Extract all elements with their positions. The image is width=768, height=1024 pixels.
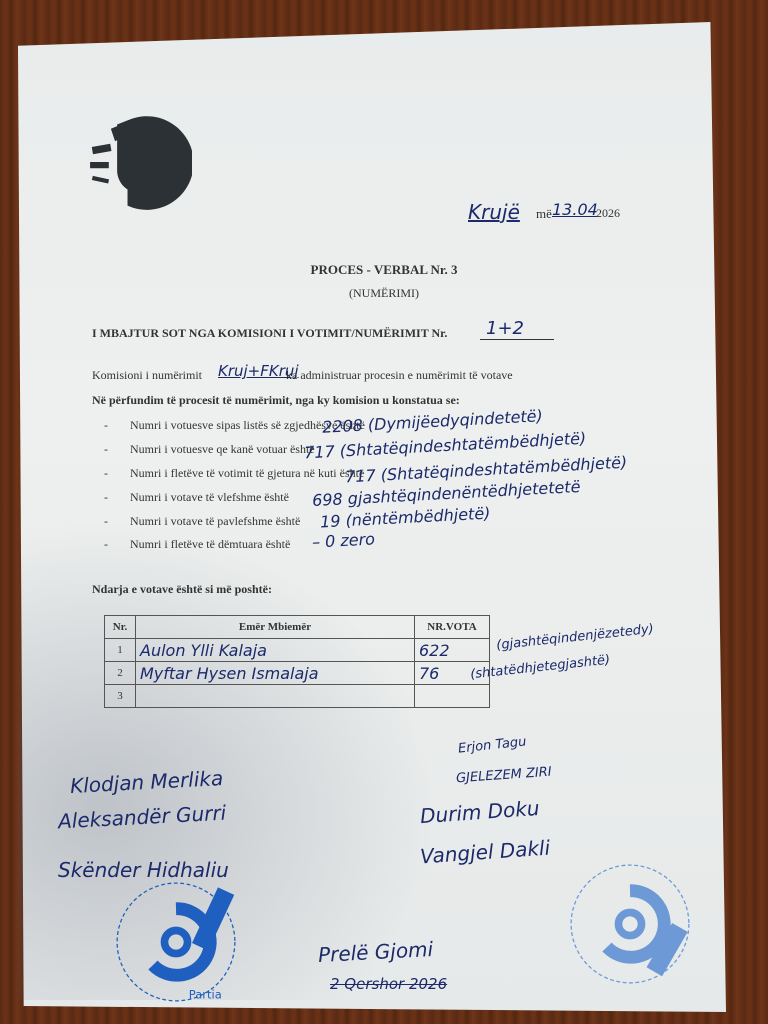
candidate-name: Myftar Hysen Ismalaja bbox=[136, 662, 415, 685]
votes-table: Nr. Emër Mbiemër NR.VOTA 1 Aulon Ylli Ka… bbox=[104, 615, 490, 708]
count-label: Numri i votave të pavlefshme është bbox=[130, 514, 300, 528]
table-row: 3 bbox=[105, 685, 490, 708]
commission-rest: ka administruar procesin e numërimit të … bbox=[286, 368, 513, 383]
table-row: 2 Myftar Hysen Ismalaja 76 bbox=[105, 662, 490, 685]
header-nr: Nr. bbox=[105, 616, 136, 639]
place-handwritten: Krujë bbox=[468, 200, 520, 224]
commission-label: Komisioni i numërimit bbox=[92, 368, 202, 383]
commission-number: 1+2 bbox=[480, 318, 554, 340]
document-subtitle: (NUMËRIMI) bbox=[0, 286, 768, 301]
candidate-name: Aulon Ylli Kalaja bbox=[136, 639, 415, 662]
count-value-handwritten: – 0 zero bbox=[312, 529, 376, 551]
document-title: PROCES - VERBAL Nr. 3 bbox=[0, 262, 768, 278]
count-label: Numri i votave të vlefshme është bbox=[130, 490, 289, 504]
table-row: 1 Aulon Ylli Kalaja 622 bbox=[105, 639, 490, 662]
held-label: I MBAJTUR SOT NGA KOMISIONI I VOTIMIT/NU… bbox=[92, 326, 447, 341]
distribution-heading: Ndarja e votave është si më poshtë: bbox=[92, 582, 272, 597]
count-item: -Numri i fletëve të votimit të gjetura n… bbox=[104, 466, 364, 481]
count-item: -Numri i votave të pavlefshme është bbox=[104, 514, 300, 529]
date-handwritten: 13.04 bbox=[552, 200, 598, 219]
row-nr: 3 bbox=[105, 685, 136, 708]
date-prefix: më bbox=[536, 206, 552, 222]
candidate-votes bbox=[415, 685, 490, 708]
candidate-votes: 622 bbox=[415, 639, 490, 662]
bottom-date-handwritten: 2 Qershor 2026 bbox=[330, 975, 447, 993]
header-name: Emër Mbiemër bbox=[136, 616, 415, 639]
party-stamp-right-icon bbox=[566, 860, 694, 988]
svg-text:Partia: Partia bbox=[189, 987, 222, 1001]
party-stamp-left-icon: Partia bbox=[112, 878, 240, 1006]
count-item: -Numri i votuesve qe kanë votuar është bbox=[104, 442, 315, 457]
candidate-name bbox=[136, 685, 415, 708]
header-votes: NR.VOTA bbox=[415, 616, 490, 639]
count-item: -Numri i votave të vlefshme është bbox=[104, 490, 289, 505]
conclusion-heading: Në përfundim të procesit të numërimit, n… bbox=[92, 393, 460, 408]
date-year: 2026 bbox=[596, 206, 620, 221]
table-header-row: Nr. Emër Mbiemër NR.VOTA bbox=[105, 616, 490, 639]
row-nr: 1 bbox=[105, 639, 136, 662]
count-label: Numri i fletëve të votimit të gjetura në… bbox=[130, 466, 364, 480]
count-label: Numri i fletëve të dëmtuara është bbox=[130, 537, 290, 551]
count-item: -Numri i fletëve të dëmtuara është bbox=[104, 537, 290, 552]
row-nr: 2 bbox=[105, 662, 136, 685]
count-label: Numri i votuesve qe kanë votuar është bbox=[130, 442, 315, 456]
partia-demokratike-logo-icon bbox=[88, 110, 192, 214]
